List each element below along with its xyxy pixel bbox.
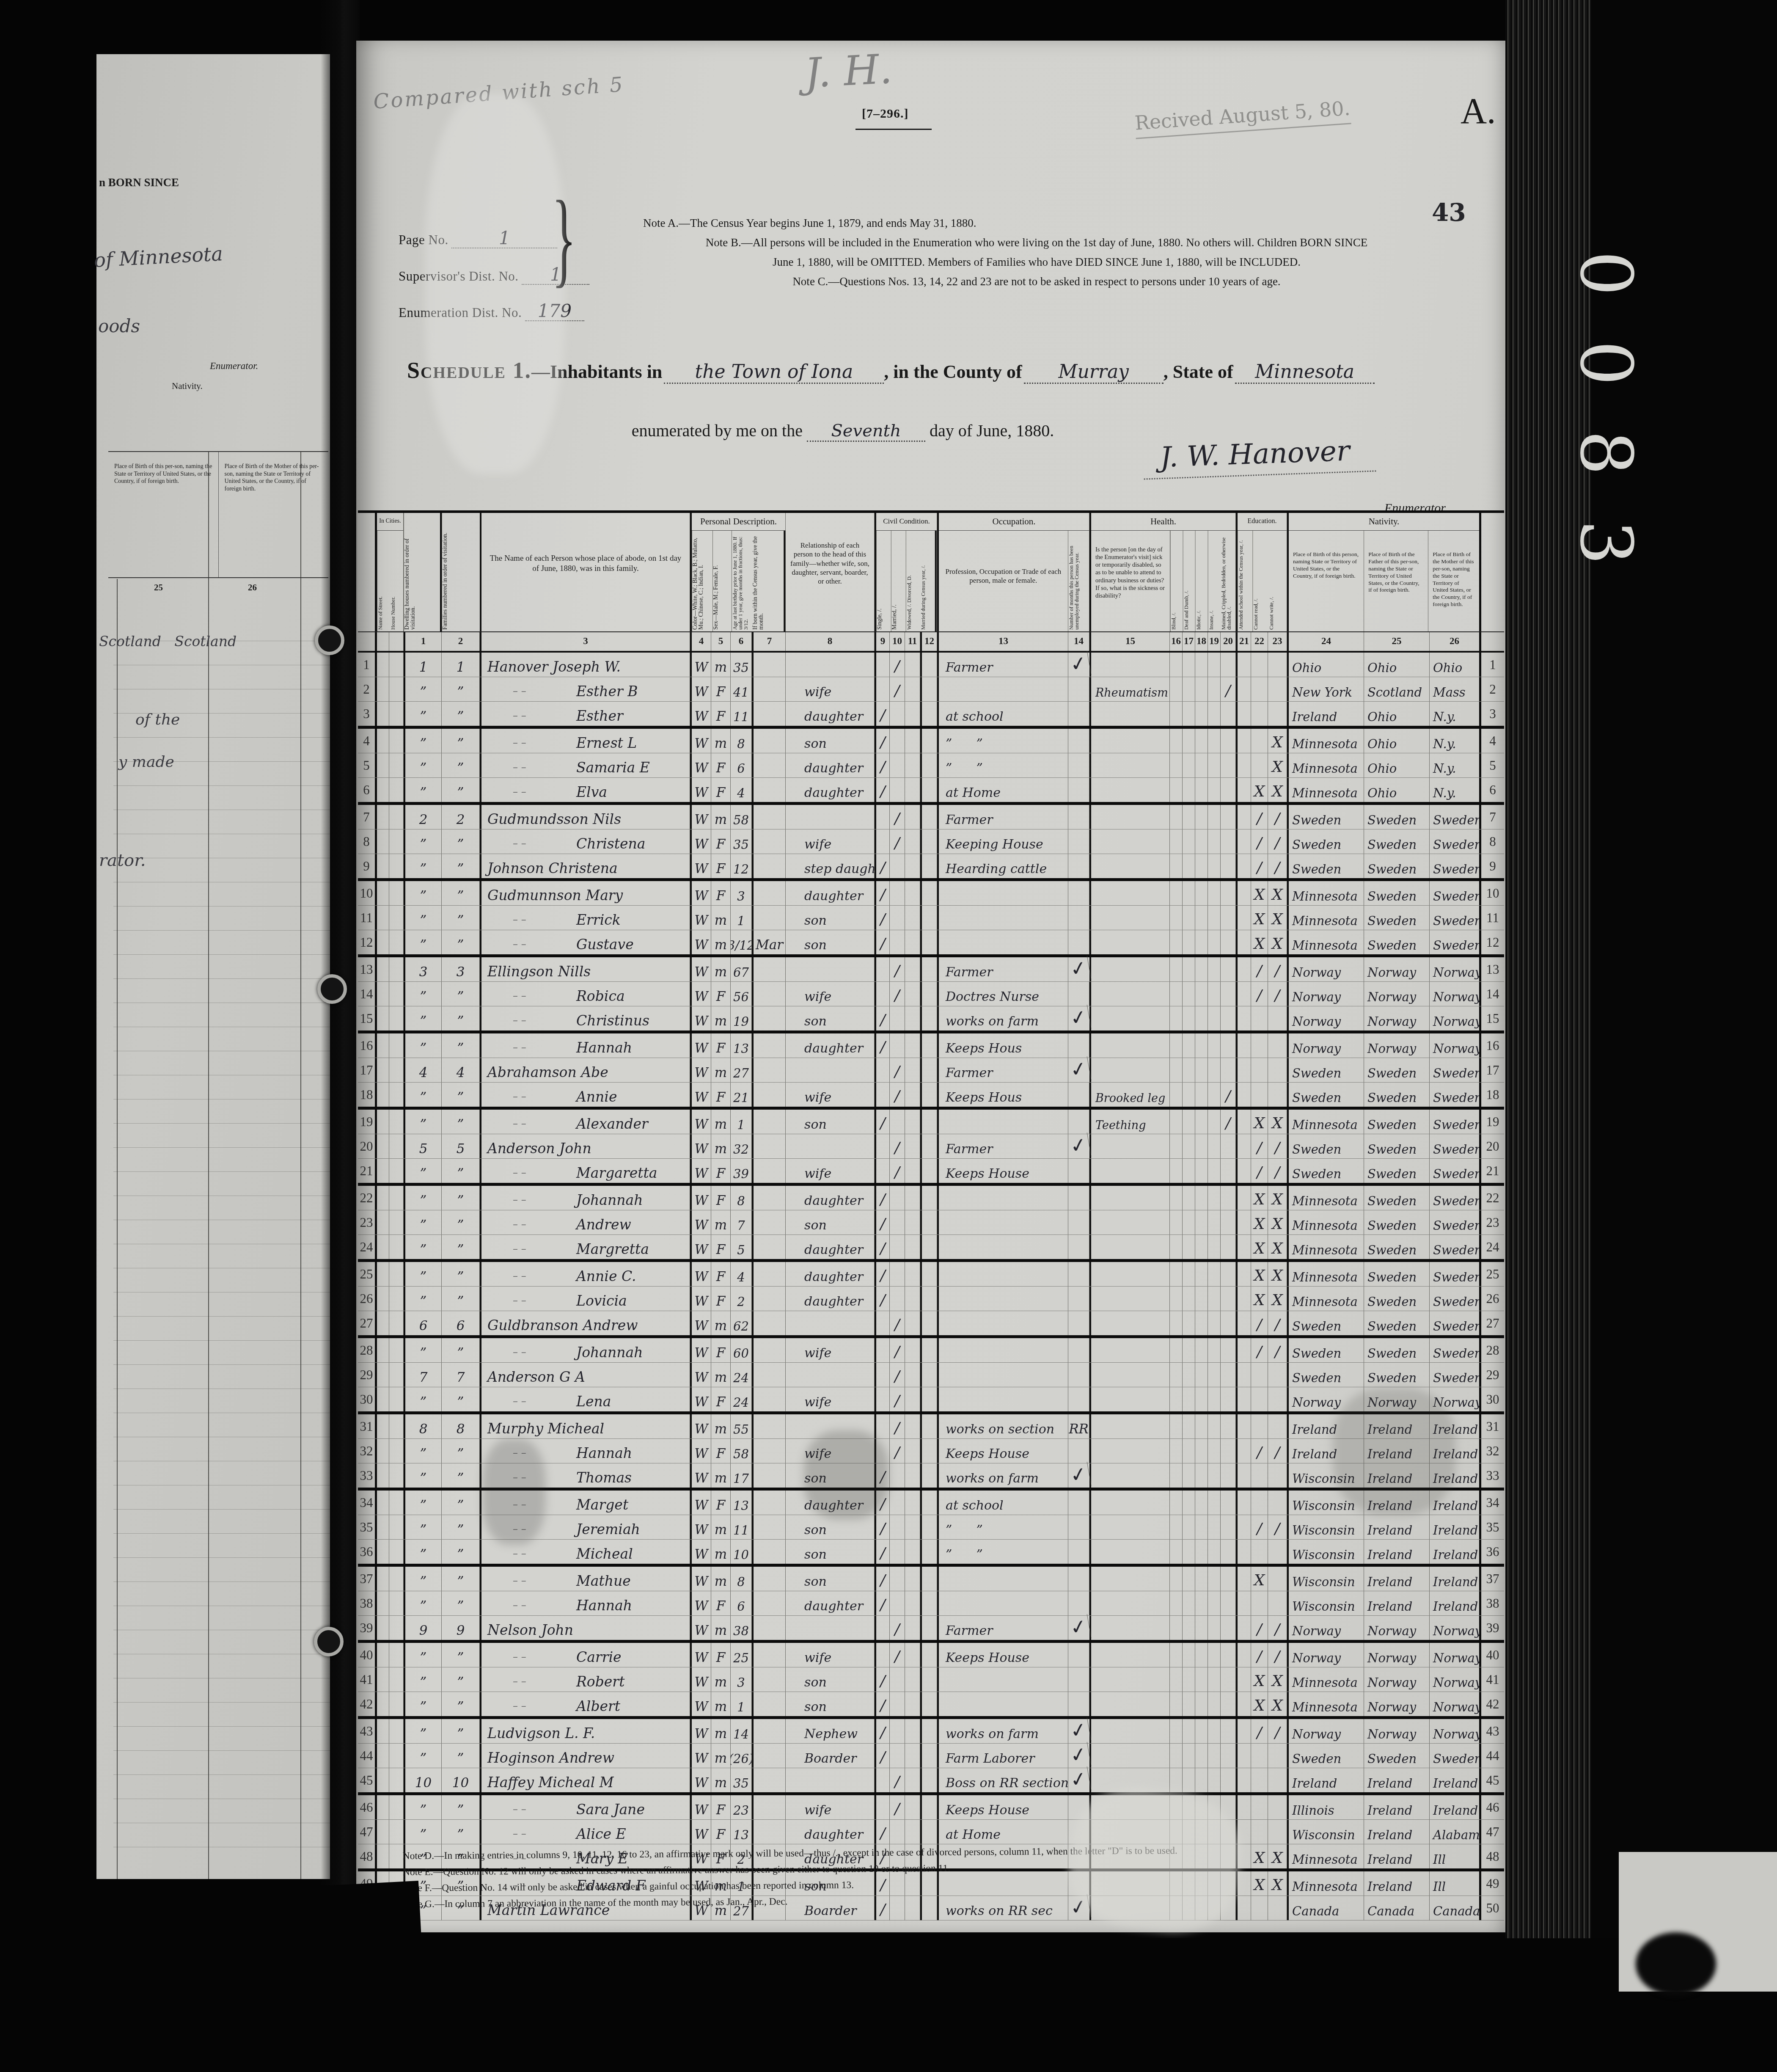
row-number-left: 10 [358,881,375,905]
cell-relationship: daughter [786,778,875,802]
cell-idiotic [1195,1667,1208,1692]
cell-cannot-read: X [1251,930,1268,954]
cell-blind [1170,1414,1183,1438]
table-row: 24””MargrettaWF5daughter/XXMinnesotaSwed… [358,1235,1504,1262]
row-number-right: 32 [1481,1439,1504,1463]
cell-street [375,1515,389,1539]
cell-widowed [905,653,920,677]
cell-relationship: wife [786,1795,875,1819]
cell-married: / [890,1083,905,1107]
cell-sickness [1089,1439,1170,1463]
maimed-header: Maimed, Crippled, Bedridden, or otherwis… [1221,531,1235,631]
cell-cannot-write: X [1268,1210,1287,1234]
cell-single [875,1363,890,1387]
cell-blind [1170,1210,1183,1234]
cell-cannot-read [1251,1006,1268,1030]
cell-mother-birthplace: Mass [1430,677,1481,701]
cell-color: W [690,1033,711,1058]
column-number: 10 [890,632,905,651]
cell-relationship: son [786,1540,875,1564]
insane-header: Insane, /. [1208,531,1221,631]
cell-house-number [389,1692,404,1716]
cell-family-number: 1 [442,653,480,677]
cell-cannot-write [1268,1540,1287,1564]
cell-dwelling-number: ” [404,906,442,930]
cell-idiotic [1195,1210,1208,1234]
cell-months-unemployed [1068,1033,1089,1058]
cell-dwelling-number: 8 [404,1414,442,1438]
cell-attended-school [1236,1311,1251,1335]
cell-months-unemployed [1068,1363,1089,1387]
cell-family-number: ” [442,1820,480,1844]
cell-dwelling-number: 2 [404,805,442,829]
table-row: 21””MargarettaWF39wife/Keeps House//Swed… [358,1159,1504,1186]
cell-insane [1208,1338,1221,1362]
enumerator-signature: J. W. Hanover [1143,433,1376,479]
cell-married: / [890,1338,905,1362]
cell-cannot-write [1268,702,1287,726]
cell-name: Margretta [480,1235,690,1259]
row-number-right: 42 [1481,1692,1504,1716]
cell-single [875,1159,890,1183]
cell-single: / [875,1235,890,1259]
cell-birth-month [752,1820,786,1844]
cell-attended-school [1236,1744,1251,1768]
cell-family-number: ” [442,1110,480,1134]
cell-street [375,1058,389,1082]
cell-street [375,653,389,677]
notes-abc: Note A.—The Census Year begins June 1, 1… [613,213,1460,291]
cell-widowed [905,881,920,905]
cell-insane [1208,829,1221,854]
cell-insane [1208,702,1221,726]
deaf-header: Deaf and Dumb, /. [1183,531,1196,631]
cell-months-unemployed [1068,1159,1089,1183]
cell-widowed [905,957,920,981]
cell-cannot-read [1251,1414,1268,1438]
column-number: 11 [905,632,920,651]
cell-idiotic [1195,1744,1208,1768]
cell-insane [1208,930,1221,954]
cell-mother-birthplace: Norway [1430,1667,1481,1692]
cell-deaf [1183,1643,1195,1667]
row-number-left: 3 [358,702,375,726]
enumerated-pre: enumerated by me on the [632,421,803,440]
cell-dwelling-number: ” [404,1083,442,1107]
cell-father-birthplace: Ireland [1364,1591,1430,1615]
cell-cannot-write: / [1268,1134,1287,1158]
cell-street [375,1463,389,1488]
column-number: 6 [731,632,752,651]
cell-sex: m [711,1463,731,1488]
cell-months-unemployed [1068,982,1089,1006]
column-number: 5 [711,632,731,651]
cell-married-census-year [920,1262,937,1286]
row-number-right: 11 [1481,906,1504,930]
left-page-script: of the [135,711,180,728]
cell-birth-month [752,1591,786,1615]
cell-insane [1208,1616,1221,1640]
note-b-line2: June 1, 1880, will be OMITTED. Members o… [613,252,1460,272]
form-number-rule [855,129,932,130]
row-number-left: 9 [358,854,375,878]
cell-birthplace: Sweden [1287,1338,1364,1362]
cell-name: Haffey Micheal M [480,1768,690,1792]
cell-age: 17 [731,1463,752,1488]
cell-sickness [1089,1311,1170,1335]
cell-birthplace: Wisconsin [1287,1567,1364,1591]
cell-cannot-read: / [1251,957,1268,981]
cell-father-birthplace: Ohio [1364,753,1430,777]
cell-family-number: ” [442,1719,480,1743]
cell-married [890,1210,905,1234]
cell-married [890,729,905,753]
cell-married: / [890,1616,905,1640]
cell-color: W [690,906,711,930]
cell-family-number: ” [442,753,480,777]
column-number: 3 [480,632,690,651]
cell-blind [1170,805,1183,829]
cell-married-census-year [920,1768,937,1792]
cell-single: / [875,1820,890,1844]
cell-deaf [1183,1744,1195,1768]
cell-birth-month [752,1567,786,1591]
cell-family-number: ” [442,1667,480,1692]
table-row: 2””Esther BWF41wife/Rheumatism/New YorkS… [358,677,1504,702]
cell-father-birthplace: Ireland [1364,1795,1430,1819]
cell-family-number: ” [442,881,480,905]
cell-attended-school [1236,1567,1251,1591]
column-number [358,632,375,651]
cell-father-birthplace: Sweden [1364,1186,1430,1210]
cell-street [375,1567,389,1591]
cell-relationship: son [786,1692,875,1716]
cell-cannot-write [1268,1033,1287,1058]
cell-cannot-read: X [1251,1210,1268,1234]
cell-cannot-write [1268,1591,1287,1615]
cell-dwelling-number: 6 [404,1311,442,1335]
cell-father-birthplace: Norway [1364,1667,1430,1692]
cell-name: Andrew [480,1210,690,1234]
cell-street [375,753,389,777]
cell-idiotic [1195,729,1208,753]
cell-father-birthplace: Sweden [1364,1235,1430,1259]
cell-birth-month [752,677,786,701]
side-digit: 0 [1561,233,1650,314]
cell-maimed [1221,729,1236,753]
left-page-entry: Scotland Scotland [99,633,237,650]
cell-idiotic [1195,1692,1208,1716]
cell-blind [1170,1110,1183,1134]
cell-sickness [1089,653,1170,677]
cell-occupation [937,1262,1068,1286]
cell-blind [1170,1491,1183,1515]
cell-maimed: / [1221,1110,1236,1134]
cell-married-census-year [920,1692,937,1716]
cell-mother-birthplace: Sweden [1430,854,1481,878]
cell-cannot-read [1251,753,1268,777]
cell-idiotic [1195,1768,1208,1792]
cell-occupation [937,1591,1068,1615]
cell-age: 12 [731,854,752,878]
cell-street [375,1311,389,1335]
cell-family-number: ” [442,854,480,878]
cell-birth-month [752,1719,786,1743]
cell-widowed [905,1210,920,1234]
cell-color: W [690,1235,711,1259]
cell-months-unemployed: ✓ [1066,1717,1091,1745]
cell-months-unemployed [1068,1210,1089,1234]
cell-blind [1170,1768,1183,1792]
cell-occupation: at school [937,1491,1068,1515]
cell-age: 4 [731,778,752,802]
table-row: 111Hanover Joseph W.Wm35/Farmer✓OhioOhio… [358,653,1504,677]
cell-married [890,1491,905,1515]
cell-street [375,1287,389,1311]
cannot-read-header: Cannot read, /. [1252,531,1268,631]
cell-dwelling-number: ” [404,1186,442,1210]
cell-sex: F [711,982,731,1006]
cell-widowed [905,1768,920,1792]
cell-idiotic [1195,653,1208,677]
cell-family-number: ” [442,1540,480,1564]
cell-color: W [690,778,711,802]
cell-dwelling-number: ” [404,982,442,1006]
column-number: 25 [1364,632,1430,651]
cell-sickness [1089,1186,1170,1210]
row-lines [113,617,330,1854]
cell-maimed [1221,1491,1236,1515]
cell-dwelling-number: ” [404,1719,442,1743]
cell-mother-birthplace: Sweden [1430,1186,1481,1210]
cell-father-birthplace: Sweden [1364,1159,1430,1183]
cell-mother-birthplace: Ireland [1430,1540,1481,1564]
cell-house-number [389,1338,404,1362]
cell-single: / [875,1667,890,1692]
cell-married: / [890,805,905,829]
cell-street [375,1387,389,1411]
cell-widowed [905,729,920,753]
cell-attended-school [1236,1768,1251,1792]
cell-father-birthplace: Sweden [1364,1083,1430,1107]
cell-maimed: / [1221,1083,1236,1107]
table-row: 44””Hoginson AndrewWm(26)Boarder/Farm La… [358,1744,1504,1768]
cell-relationship: Boarder [786,1744,875,1768]
row-number-left: 31 [358,1414,375,1438]
cell-single [875,829,890,854]
cell-months-unemployed [1068,1439,1089,1463]
cell-relationship: wife [786,982,875,1006]
cell-street [375,1006,389,1030]
cell-color: W [690,1768,711,1792]
cell-married-census-year [920,930,937,954]
birthplace-header: Place of Birth of this person, naming St… [1289,531,1364,631]
cell-blind [1170,729,1183,753]
cell-attended-school [1236,729,1251,753]
enumeration-day: Seventh [831,421,901,441]
cell-idiotic [1195,1186,1208,1210]
cell-deaf [1183,805,1195,829]
cell-dwelling-number: 9 [404,1616,442,1640]
table-row: 22””JohannahWF8daughter/XXMinnesotaSwede… [358,1186,1504,1210]
row-number-right: 1 [1481,653,1504,677]
cell-insane [1208,1262,1221,1286]
cell-married: / [890,829,905,854]
table-row: 10””Gudmunnson MaryWF3daughter/XXMinneso… [358,881,1504,906]
row-number-right: 47 [1481,1820,1504,1844]
cell-occupation [937,1186,1068,1210]
cell-name: Johnson Christena [480,854,690,878]
cell-married-census-year [920,1083,937,1107]
cell-widowed [905,1186,920,1210]
cell-cannot-write: X [1268,1110,1287,1134]
cell-street [375,930,389,954]
cell-name: Errick [480,906,690,930]
cell-sex: m [711,1210,731,1234]
cell-cannot-write [1268,1567,1287,1591]
cell-blind [1170,1338,1183,1362]
table-row: 2766Guldbranson AndrewWm62///SwedenSwede… [358,1311,1504,1338]
cell-attended-school [1236,1363,1251,1387]
cell-cannot-write: X [1268,778,1287,802]
cell-house-number [389,1210,404,1234]
cell-single [875,1795,890,1819]
cell-family-number: 5 [442,1134,480,1158]
cell-idiotic [1195,881,1208,905]
cell-blind [1170,1058,1183,1082]
cell-cannot-read [1251,1540,1268,1564]
cell-deaf [1183,1186,1195,1210]
row-number-left: 17 [358,1058,375,1082]
cell-mother-birthplace: N.y. [1430,729,1481,753]
cell-sex: F [711,854,731,878]
occupation-group: Occupation. Profession, Occupation or Tr… [937,513,1089,631]
cell-mother-birthplace: Norway [1430,1692,1481,1716]
row-number-left: 27 [358,1311,375,1335]
cell-birthplace: Minnesota [1287,1210,1364,1234]
cell-deaf [1183,1463,1195,1488]
cell-father-birthplace: Sweden [1364,1338,1430,1362]
cell-attended-school [1236,1719,1251,1743]
cell-widowed [905,1616,920,1640]
cell-house-number [389,982,404,1006]
row-number-left: 5 [358,753,375,777]
cell-age: 4 [731,1262,752,1286]
cell-months-unemployed: ✓ [1066,1742,1091,1769]
cell-single: / [875,1006,890,1030]
cell-insane [1208,1768,1221,1792]
thumb-shadow [1636,1932,1716,1996]
cell-maimed [1221,1616,1236,1640]
cell-sex: m [711,1540,731,1564]
side-digit: 0 [1561,323,1650,403]
cell-mother-birthplace: Norway [1430,1616,1481,1640]
row-number-left: 43 [358,1719,375,1743]
cell-relationship: daughter [786,1186,875,1210]
cell-family-number: 9 [442,1616,480,1640]
cell-deaf [1183,930,1195,954]
cell-birth-month [752,1692,786,1716]
cell-color: W [690,1110,711,1134]
cell-mother-birthplace: Norway [1430,1719,1481,1743]
cell-sickness [1089,1287,1170,1311]
cell-deaf [1183,1006,1195,1030]
cell-occupation: at Home [937,1820,1068,1844]
cell-occupation: ” ” [937,729,1068,753]
cell-family-number: 6 [442,1311,480,1335]
cell-cannot-read: X [1251,1692,1268,1716]
cell-occupation [937,677,1068,701]
cell-single [875,982,890,1006]
cell-married-census-year [920,1667,937,1692]
cell-street [375,1159,389,1183]
cell-cannot-write [1268,1820,1287,1844]
cell-blind [1170,1591,1183,1615]
column-number: 4 [690,632,711,651]
cell-married [890,702,905,726]
cell-deaf [1183,982,1195,1006]
cell-married-census-year [920,1744,937,1768]
cell-age: 41 [731,677,752,701]
cell-birth-month [752,1210,786,1234]
cell-maimed [1221,1567,1236,1591]
table-row: 40””CarrieWF25wife/Keeps House//NorwayNo… [358,1643,1504,1667]
cell-married-census-year [920,729,937,753]
cell-dwelling-number: ” [404,1515,442,1539]
cell-maimed [1221,881,1236,905]
cell-mother-birthplace: Sweden [1430,805,1481,829]
cell-cannot-write: / [1268,1439,1287,1463]
mother-birthplace-header: Place of Birth of the Mother of this per… [1428,531,1479,631]
cell-occupation: Keeps House [937,1439,1068,1463]
in-cities-label: In Cities. [377,513,403,531]
cell-insane [1208,1006,1221,1030]
cell-mother-birthplace: Sweden [1430,1338,1481,1362]
cell-birthplace: Norway [1287,957,1364,981]
cell-attended-school [1236,881,1251,905]
cell-married [890,930,905,954]
cell-house-number [389,829,404,854]
left-page-label: Nativity. [172,381,203,391]
cell-insane [1208,1287,1221,1311]
cell-relationship: daughter [786,881,875,905]
cell-cannot-read [1251,1768,1268,1792]
column-number: 16 [1170,632,1183,651]
cell-single: / [875,881,890,905]
cell-cannot-write: X [1268,906,1287,930]
row-number-right: 10 [1481,881,1504,905]
table-row: 5””Samaria EWF6daughter/” ”XMinnesotaOhi… [358,753,1504,778]
cell-sickness [1089,1643,1170,1667]
cell-insane [1208,906,1221,930]
personal-description-group: Personal Description. Color—White, W.; B… [690,513,786,631]
cell-street [375,1414,389,1438]
cell-birthplace: Ireland [1287,1768,1364,1792]
cell-sickness [1089,1159,1170,1183]
cell-widowed [905,1414,920,1438]
cell-insane [1208,1110,1221,1134]
cell-sex: m [711,1744,731,1768]
cell-birthplace: Minnesota [1287,1262,1364,1286]
cell-insane [1208,1643,1221,1667]
table-row: 1744Abrahamson AbeWm27/Farmer✓SwedenSwed… [358,1058,1504,1083]
cell-married-census-year [920,1033,937,1058]
cell-maimed [1221,1311,1236,1335]
cell-mother-birthplace: Sweden [1430,1311,1481,1335]
cell-sickness [1089,1262,1170,1286]
cell-sickness [1089,1491,1170,1515]
cell-married [890,1110,905,1134]
